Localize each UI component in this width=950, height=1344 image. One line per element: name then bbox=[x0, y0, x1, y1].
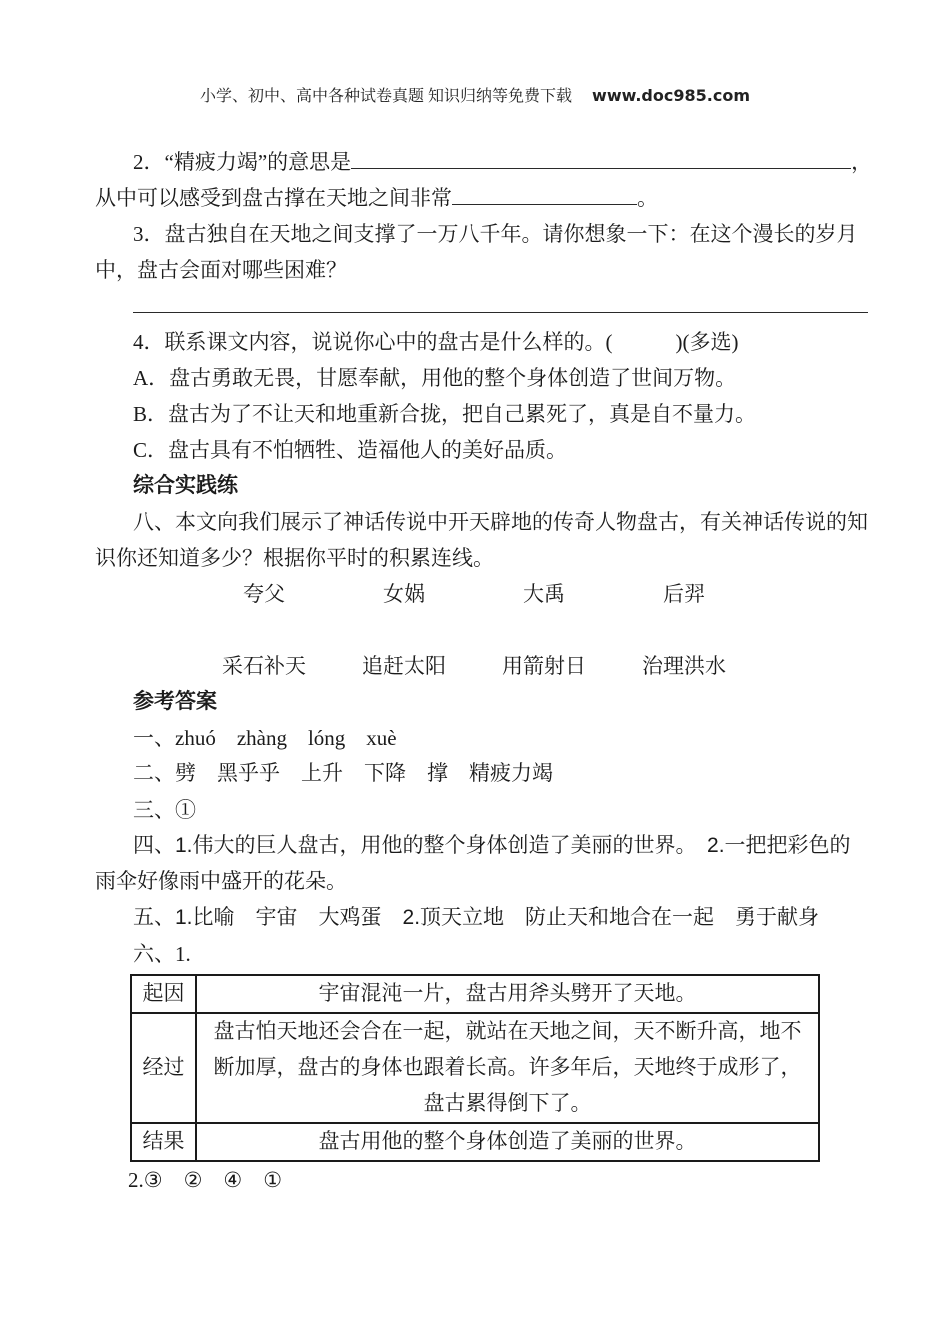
question-2-line2-lead: 从中可以感受到盘古撑在天地之间非常 bbox=[95, 186, 452, 210]
match-deeds-row: 采石补天 追赶太阳 用箭射日 治理洪水 bbox=[194, 648, 870, 684]
table-row-process: 经过 盘古怕天地还会合在一起，就站在天地之间，天不断升高，地不断加厚，盘古的身体… bbox=[131, 1013, 819, 1123]
option-a: A．盘古勇敢无畏，甘愿奉献，用他的整个身体创造了世间万物。 bbox=[95, 360, 870, 396]
worksheet-page: 小学、初中、高中各种试卷真题 知识归纳等免费下载www.doc985.com 2… bbox=[0, 0, 950, 1344]
table-row-result: 结果 盘古用他的整个身体创造了美丽的世界。 bbox=[131, 1123, 819, 1161]
answer-blank-q3 bbox=[133, 289, 868, 313]
question-3: 3．盘古独自在天地之间支撑了一万八千年。请你想象一下：在这个漫长的岁月中，盘古会… bbox=[95, 216, 870, 288]
question-8: 八、本文向我们展示了神话传说中开天辟地的传奇人物盘古，有关神话传说的知识你还知道… bbox=[95, 504, 870, 576]
option-b: B．盘古为了不让天和地重新合拢，把自己累死了，真是自不量力。 bbox=[95, 396, 870, 432]
answer-item-1: 一、zhuó zhàng lóng xuè bbox=[95, 720, 870, 756]
question-2-comma: ， bbox=[851, 150, 872, 174]
match-figure-nuwa: 女娲 bbox=[334, 576, 474, 612]
match-deed-tame-flood: 治理洪水 bbox=[614, 648, 754, 684]
question-2-period: 。 bbox=[637, 186, 658, 210]
match-deed-chase-sun: 追赶太阳 bbox=[334, 648, 474, 684]
table-row-cause: 起因 宇宙混沌一片，盘古用斧头劈开了天地。 bbox=[131, 975, 819, 1013]
table-label-cause: 起因 bbox=[131, 975, 196, 1013]
answer-table: 起因 宇宙混沌一片，盘古用斧头劈开了天地。 经过 盘古怕天地还会合在一起，就站在… bbox=[130, 974, 820, 1162]
site-header: 小学、初中、高中各种试卷真题 知识归纳等免费下载www.doc985.com bbox=[0, 0, 950, 109]
match-figures-row: 夸父 女娲 大禹 后羿 bbox=[194, 576, 870, 612]
answer-item-3: 三、① bbox=[95, 792, 870, 828]
answer-blank-q2a bbox=[351, 145, 851, 169]
table-content-result: 盘古用他的整个身体创造了美丽的世界。 bbox=[196, 1123, 819, 1161]
table-content-process: 盘古怕天地还会合在一起，就站在天地之间，天不断升高，地不断加厚，盘古的身体也跟着… bbox=[196, 1013, 819, 1123]
answer-item-6-2: 2.③ ② ④ ① bbox=[95, 1162, 870, 1198]
match-deed-shoot-sun: 用箭射日 bbox=[474, 648, 614, 684]
question-2-line1: 2．“精疲力竭”的意思是， bbox=[95, 144, 870, 180]
match-deed-mend-sky: 采石补天 bbox=[194, 648, 334, 684]
site-url: www.doc985.com bbox=[592, 86, 750, 105]
site-tagline: 小学、初中、高中各种试卷真题 知识归纳等免费下载 bbox=[200, 88, 572, 105]
option-c: C．盘古具有不怕牺牲、造福他人的美好品质。 bbox=[95, 432, 870, 468]
answer-item-4: 四、1.伟大的巨人盘古，用他的整个身体创造了美丽的世界。 2.一把把彩色的雨伞好… bbox=[95, 828, 870, 900]
table-label-process: 经过 bbox=[131, 1013, 196, 1123]
table-content-cause: 宇宙混沌一片，盘古用斧头劈开了天地。 bbox=[196, 975, 819, 1013]
question-2-lead: 2．“精疲力竭”的意思是 bbox=[133, 150, 351, 174]
question-2-line2: 从中可以感受到盘古撑在天地之间非常。 bbox=[95, 180, 870, 216]
answer-blank-q2b bbox=[452, 181, 637, 205]
match-figure-kuafu: 夸父 bbox=[194, 576, 334, 612]
question-3-answer-line bbox=[95, 288, 870, 324]
answer-item-5: 五、1.比喻 宇宙 大鸡蛋 2.顶天立地 防止天和地合在一起 勇于献身 bbox=[95, 900, 870, 936]
match-figure-houyi: 后羿 bbox=[614, 576, 754, 612]
match-figure-dayu: 大禹 bbox=[474, 576, 614, 612]
document-body: 2．“精疲力竭”的意思是， 从中可以感受到盘古撑在天地之间非常。 3．盘古独自在… bbox=[95, 144, 870, 1198]
question-4: 4．联系课文内容，说说你心中的盘古是什么样的。( )(多选) bbox=[95, 324, 870, 360]
match-gap bbox=[95, 612, 870, 648]
answers-title: 参考答案 bbox=[95, 684, 870, 720]
table-label-result: 结果 bbox=[131, 1123, 196, 1161]
section-title-practice: 综合实践练 bbox=[95, 468, 870, 504]
answer-item-6: 六、1. bbox=[95, 936, 870, 972]
answer-item-2: 二、劈 黑乎乎 上升 下降 撑 精疲力竭 bbox=[95, 756, 870, 792]
